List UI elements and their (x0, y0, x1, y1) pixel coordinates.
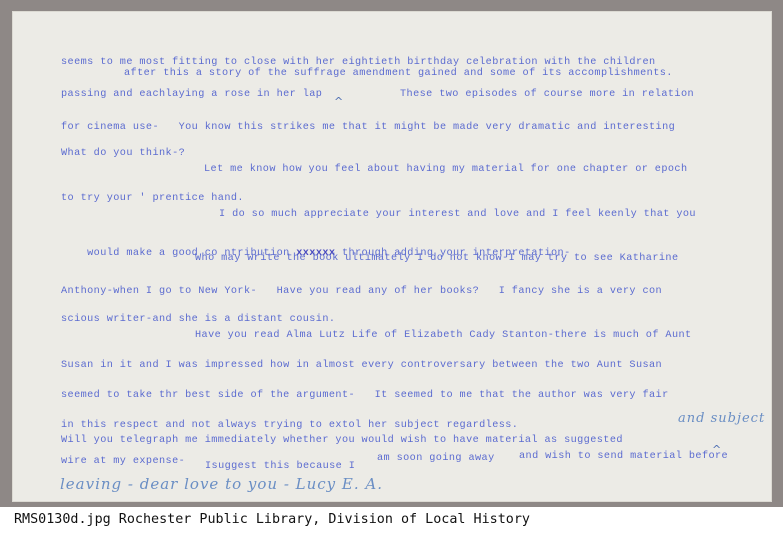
typed-line: to try your ' prentice hand. (61, 194, 244, 204)
typed-line: seemed to take thr best side of the argu… (61, 391, 669, 401)
typed-line: I do so much appreciate your interest an… (219, 210, 696, 220)
typed-line: seems to me most fitting to close with h… (61, 58, 656, 68)
handwritten-closing: leaving - dear love to you - Lucy E. A. (60, 477, 383, 492)
typed-line: Isuggest this because I (205, 462, 355, 472)
typed-line: am soon going away (377, 454, 495, 464)
typed-line: Have you read Alma Lutz Life of Elizabet… (195, 331, 692, 341)
typed-line: Who may write the book ultimately I do n… (195, 254, 678, 264)
typed-line: after this a story of the suffrage amend… (124, 69, 673, 79)
typed-line: Anthony-when I go to New York- Have you … (61, 287, 662, 297)
typed-line: What do you think-? (61, 149, 185, 159)
typed-line: Let me know how you feel about having my… (204, 165, 687, 175)
insertion-caret-mark: ^ (334, 96, 343, 107)
typed-line: for cinema use- You know this strikes me… (61, 123, 675, 133)
typed-line: wire at my expense- (61, 457, 185, 467)
typed-line: These two episodes of course more in rel… (400, 90, 694, 100)
typed-line: and wish to send material before (519, 452, 728, 462)
image-caption: RMS0130d.jpg Rochester Public Library, D… (14, 513, 530, 526)
typed-line: Will you telegraph me immediately whethe… (61, 436, 623, 446)
letter-page: seems to me most fitting to close with h… (12, 11, 772, 502)
typed-line: scious writer-and she is a distant cousi… (61, 315, 335, 325)
handwritten-insertion: and subject (678, 412, 765, 425)
typed-line: passing and eachlaying a rose in her lap (61, 90, 322, 100)
typed-line: in this respect and not always trying to… (61, 421, 518, 431)
typed-line: Susan in it and I was impressed how in a… (61, 361, 662, 371)
